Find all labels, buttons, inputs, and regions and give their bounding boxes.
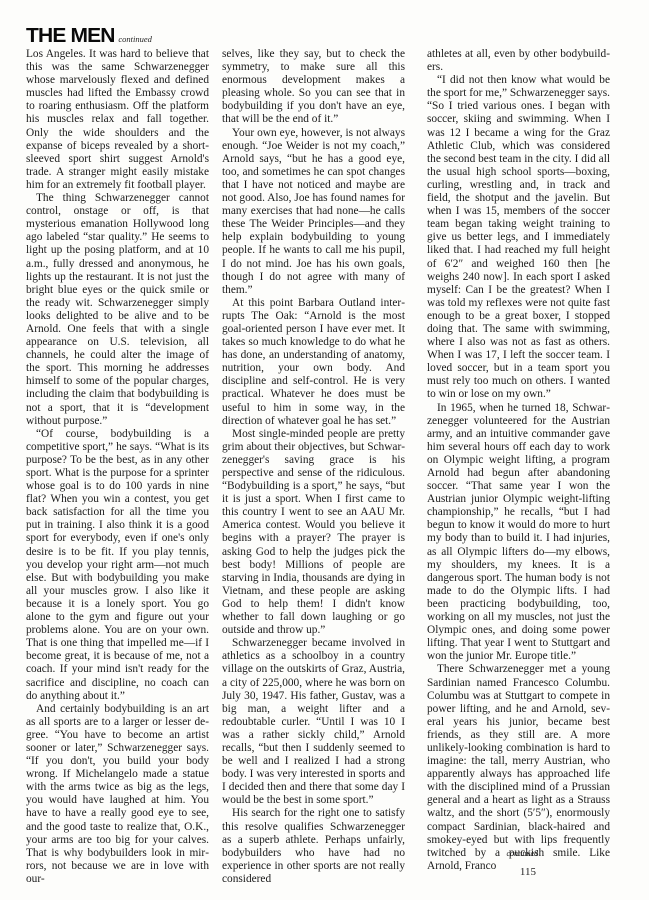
paragraph: Los Angeles. It was hard to believe that… xyxy=(26,48,209,192)
continued-label: continued xyxy=(118,34,152,44)
section-title: THE MEN xyxy=(26,26,115,46)
paragraph: The thing Schwarzenegger cannot con­trol… xyxy=(26,192,209,428)
paragraph: athletes at all, even by other bodybuild… xyxy=(427,48,610,74)
footer-continued-label: continued xyxy=(506,849,538,858)
paragraph: His search for the right one to satisfy … xyxy=(222,807,405,886)
article-column-2: selves, like they say, but to check the … xyxy=(222,20,405,886)
paragraph: And certainly bodybuilding is an art as … xyxy=(26,703,209,886)
paragraph: Your own eye, however, is not always eno… xyxy=(222,127,405,297)
paragraph: selves, like they say, but to check the … xyxy=(222,48,405,127)
article-column-1: Los Angeles. It was hard to believe that… xyxy=(26,48,209,886)
paragraph: Schwarzenegger became involved in athlet… xyxy=(222,637,405,807)
page-number: 115 xyxy=(520,866,536,878)
article-column-3: athletes at all, even by other bodybuild… xyxy=(427,20,610,873)
section-header: THE MEN continued xyxy=(26,26,152,46)
paragraph: At this point Barbara Outland inter­rupt… xyxy=(222,297,405,428)
paragraph: “Of course, bodybuilding is a compet­iti… xyxy=(26,428,209,703)
paragraph: There Schwarzenegger met a young Sardini… xyxy=(427,663,610,873)
paragraph: “I did not then know what would be the s… xyxy=(427,74,610,401)
paragraph: Most single-minded people are pretty gri… xyxy=(222,428,405,638)
paragraph: In 1965, when he turned 18, Schwar­zeneg… xyxy=(427,402,610,664)
